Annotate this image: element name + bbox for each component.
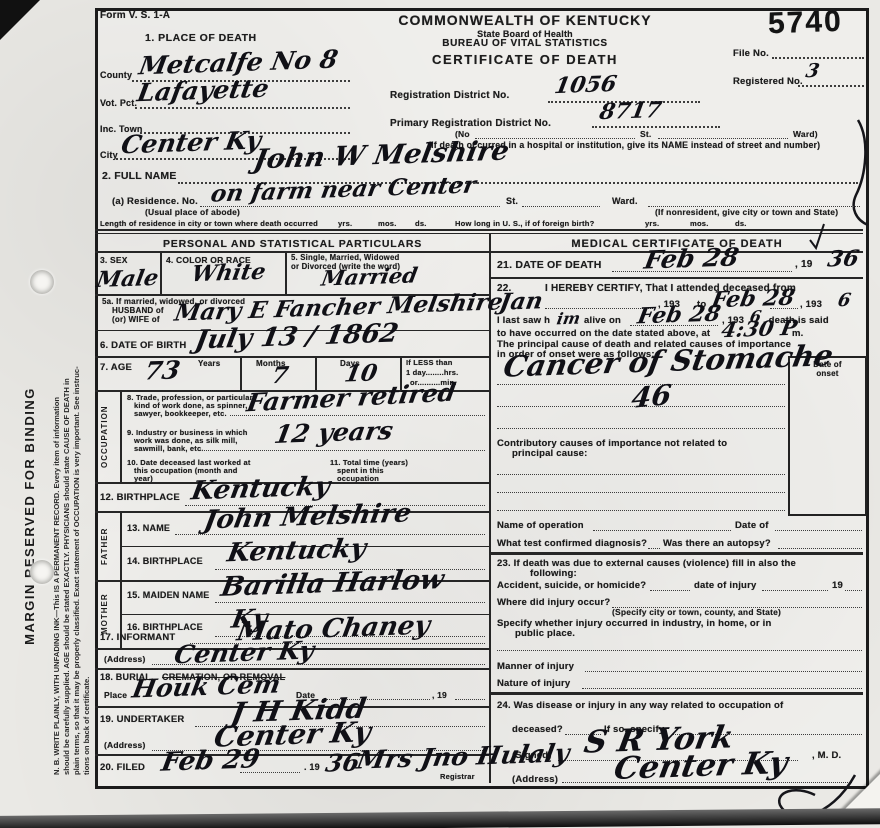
rule [95, 668, 490, 670]
commonwealth-title: COMMONWEALTH OF KENTUCKY [340, 12, 710, 28]
age-label: 7. AGE [100, 362, 132, 373]
abode-note: (Usual place of abode) [145, 207, 240, 217]
mother-maiden-label: 15. MAIDEN NAME [127, 590, 210, 600]
death-certificate-scan: MARGIN RESERVED FOR BINDING N. B. WRITE … [0, 0, 880, 828]
dotted-line [585, 669, 862, 672]
dotted-line [497, 648, 862, 651]
vot-pct-label: Vot. Pct. [100, 98, 137, 108]
dotted-line [582, 686, 862, 689]
md-label: , M. D. [812, 750, 841, 761]
cell-divider [120, 390, 122, 482]
residence-ward-label: Ward. [612, 196, 638, 206]
city-value: Center Ky [119, 126, 264, 160]
registration-district-value: 1056 [552, 71, 618, 99]
dotted-line [592, 124, 720, 128]
certificate-title: CERTIFICATE OF DEATH [340, 52, 710, 67]
date-of-death-label: 21. DATE OF DEATH [497, 259, 602, 271]
dotted-line [200, 448, 485, 451]
contributory-label-2: principal cause: [512, 448, 588, 459]
occupation-side-label: OCCUPATION [100, 398, 109, 476]
full-name-label: 2. FULL NAME [102, 170, 177, 182]
husband-label-3: (or) WIFE of [112, 315, 160, 324]
date-of-death-value: Feb 28 [642, 242, 741, 274]
rule [95, 233, 863, 234]
margin-note-line1: N. B. WRITE PLAINLY, WITH UNFADING INK—T… [52, 13, 62, 775]
burial-place-label: Place [104, 690, 127, 700]
howlong-us-label: How long in U. S., if of foreign birth? [455, 219, 594, 228]
father-birthplace-value: Kentucky [225, 534, 369, 569]
residence-label: (a) Residence. No. [112, 196, 198, 207]
registered-no-label: Registered No. [733, 76, 803, 87]
lastsaw-text-1: I last saw h [497, 315, 550, 326]
color-race-value: White [189, 259, 267, 288]
specify-injury-label-2: public place. [515, 628, 575, 639]
margin-note-line4: tions on back of certificate. [82, 13, 92, 775]
marital-label-1: 5. Single, Married, Widowed [291, 253, 399, 262]
trade-label-3: sawyer, bookkeeper, etc. [134, 409, 227, 418]
accident-label: Accident, suicide, or homicide? [497, 580, 646, 591]
margin-note-line3: plain terms, so that it may be properly … [72, 13, 82, 775]
nonresident-note: (If nonresident, give city or town and S… [655, 207, 838, 217]
primary-district-value: 8717 [597, 97, 663, 125]
father-side-label: FATHER [100, 518, 109, 574]
dotted-line [658, 136, 788, 139]
dod-year-value: 36 [826, 245, 861, 272]
time-of-death-value: 4:30 P [720, 315, 800, 343]
filed-year-prefix: . 19 [304, 762, 320, 772]
undertaker-address-label: (Address) [104, 740, 145, 750]
length-residence-label: Length of residence in city or town wher… [100, 219, 318, 228]
dotted-line [497, 426, 785, 429]
deceased-label: deceased? [512, 724, 563, 735]
rule [490, 277, 863, 279]
sex-value: Male [94, 265, 160, 293]
age-value: 73 [142, 355, 182, 385]
vot-pct-value: Lafayette [135, 74, 271, 108]
punch-hole-top [30, 270, 54, 294]
margin-note-line2: should be carefully supplied. AGE should… [62, 13, 72, 775]
mos-label: mos. [378, 219, 397, 228]
occurred-text-1: to have occurred on the date stated abov… [497, 328, 710, 339]
registrar-label: Registrar [440, 772, 475, 781]
industry-label-3: sawmill, bank, etc. [134, 444, 204, 453]
dotted-line [775, 528, 862, 531]
residence-st-label: St. [506, 196, 518, 206]
duration-value: 46 [630, 378, 673, 415]
informant-address-label: (Address) [104, 654, 145, 664]
injury-date-label: date of injury [694, 580, 756, 591]
test-diagnosis-label: What test confirmed diagnosis? [497, 538, 647, 549]
punch-hole-bottom [30, 560, 54, 584]
lastsaw-date-value: Feb 28 [635, 301, 722, 330]
personal-header: PERSONAL AND STATISTICAL PARTICULARS [95, 238, 490, 250]
ifless-label-1: If LESS than [406, 358, 453, 367]
injury-19-label: 19 [832, 580, 843, 591]
pen-check-mark [808, 222, 828, 252]
street-st-note: St. [640, 129, 651, 139]
dotted-line [648, 546, 660, 549]
street-ward-note: Ward) [793, 129, 818, 139]
operation-date-label: Date of [735, 520, 769, 531]
place-of-death-label: 1. PLACE OF DEATH [145, 32, 257, 44]
physician-address-label: (Address) [512, 774, 558, 785]
birthplace-label: 12. BIRTHPLACE [100, 492, 180, 503]
mos2-label: mos. [690, 219, 709, 228]
to-year-prefix: , 193 [800, 299, 822, 310]
dob-label: 6. DATE OF BIRTH [100, 340, 186, 351]
dotted-line [455, 697, 485, 700]
mother-birthplace-label: 16. BIRTHPLACE [127, 622, 203, 632]
sex-label: 3. SEX [100, 255, 128, 265]
file-no-label: File No. [733, 48, 769, 59]
form-number: Form V. S. 1-A [100, 10, 170, 21]
marital-value: Married [319, 262, 419, 290]
operation-label: Name of operation [497, 520, 584, 531]
dotted-line [762, 588, 828, 591]
file-number-stamp: 5740 [767, 5, 843, 42]
cell-divider [240, 356, 242, 390]
attended-from-value: Jan [497, 287, 545, 315]
specify-location-note: (Specify city or town, county, and State… [612, 607, 781, 617]
burial-year-suffix: , 19 [432, 690, 447, 700]
cell-divider [285, 251, 287, 294]
father-birthplace-label: 14. BIRTHPLACE [127, 556, 203, 566]
informant-label: 17. INFORMANT [100, 632, 175, 643]
undertaker-label: 19. UNDERTAKER [100, 714, 184, 725]
cell-divider [160, 251, 162, 294]
lastsaw-scribble: im [555, 309, 582, 329]
rule [490, 552, 863, 555]
rule [95, 229, 863, 231]
nature-injury-label: Nature of injury [497, 678, 570, 689]
years-label: Years [198, 359, 220, 368]
yrs-label: yrs. [338, 219, 352, 228]
yrs2-label: yrs. [645, 219, 659, 228]
dotted-line [522, 204, 600, 207]
rule [490, 692, 863, 695]
dotted-line [798, 83, 864, 87]
dotted-line [497, 472, 785, 475]
husband-label-2: HUSBAND of [112, 306, 164, 315]
informant-address-value: Center Ky [172, 636, 317, 670]
manner-injury-label: Manner of injury [497, 661, 574, 672]
binding-margin-label: MARGIN RESERVED FOR BINDING [22, 320, 37, 712]
occupation-related-label: 24. Was disease or injury in any way rel… [497, 700, 783, 711]
dotted-line [845, 588, 862, 591]
bureau-subtitle: BUREAU OF VITAL STATISTICS [340, 38, 710, 49]
industry-value: 12 years [272, 416, 395, 449]
filed-date-value: Feb 29 [159, 744, 262, 777]
dotted-line [772, 55, 864, 59]
ds2-label: ds. [735, 219, 747, 228]
filed-label: 20. FILED [100, 762, 145, 773]
ds-label: ds. [415, 219, 427, 228]
dotted-line [497, 508, 785, 511]
date-of-onset-box: Date of onset [788, 356, 867, 516]
lastsaw-text-2: alive on [584, 315, 621, 326]
dotted-line [650, 588, 690, 591]
dotted-line [778, 546, 862, 549]
registration-district-label: Registration District No. [390, 90, 509, 101]
external-causes-label-2: following: [530, 568, 577, 579]
dod-year-prefix: , 19 [795, 259, 812, 270]
autopsy-label: Was there an autopsy? [663, 538, 771, 549]
father-name-label: 13. NAME [127, 523, 170, 533]
where-injury-label: Where did injury occur? [497, 597, 610, 608]
county-label: County [100, 70, 132, 80]
dotted-line [497, 490, 785, 493]
dotted-line [593, 528, 731, 531]
primary-district-label: Primary Registration District No. [390, 118, 551, 129]
physician-address-value: Center Ky [611, 745, 790, 787]
ifless-label-2: 1 day........hrs. [406, 368, 458, 377]
scan-corner-mark [0, 0, 40, 40]
